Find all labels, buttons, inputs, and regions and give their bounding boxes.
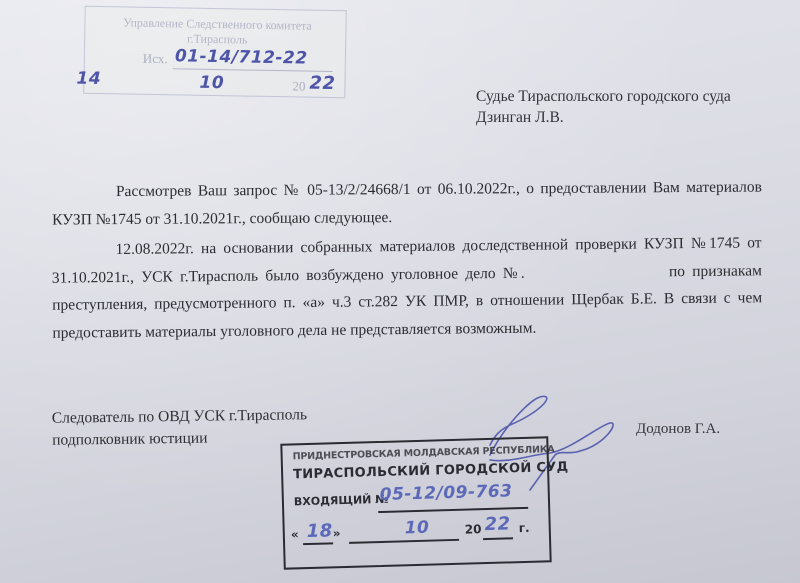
stamp-ref-number: 01-14/712-22 <box>175 46 308 68</box>
stamp-year: 22 <box>484 513 511 535</box>
stamp-ref-underline <box>173 68 333 72</box>
stamp-month: 10 <box>404 518 429 539</box>
signer-position-line-1: Следователь по ОВД УСК г.Тирасполь <box>52 404 307 430</box>
stamp-day: 18 <box>306 520 333 542</box>
signer-position-line-2: подполковник юстиции <box>52 426 307 452</box>
stamp-year-prefix: 20 <box>465 522 482 536</box>
outgoing-stamp: Управление Следственного комитета г.Тира… <box>83 6 346 99</box>
addressee-line-2: Дзинган Л.В. <box>476 107 731 128</box>
addressee-line-1: Судье Тираспольского городского суда <box>476 86 731 107</box>
stamp-day-underline <box>303 542 333 544</box>
stamp-organization: Управление Следственного комитета г.Тира… <box>97 15 337 49</box>
stamp-court-name: ТИРАСПОЛЬСКИЙ ГОРОДСКОЙ СУД <box>293 460 569 483</box>
signer-position: Следователь по ОВД УСК г.Тирасполь подпо… <box>52 404 308 452</box>
stamp-number-underline <box>378 507 528 513</box>
document-page: Управление Следственного комитета г.Тира… <box>0 0 800 583</box>
body-paragraph-1: Рассмотрев Ваш запрос № 05-13/2/24668/1 … <box>52 174 762 234</box>
stamp-day: 14 <box>76 69 101 89</box>
stamp-quote-close: » <box>333 526 341 540</box>
body-paragraph-2: 12.08.2022г. на основании собранных мате… <box>51 229 762 346</box>
stamp-republic: ПРИДНЕСТРОВСКАЯ МОЛДАВСКАЯ РЕСПУБЛИКА <box>293 444 555 462</box>
stamp-month-underline <box>349 539 459 544</box>
signer-name: Додонов Г.А. <box>636 421 720 438</box>
stamp-incoming-number: 05-12/09-763 <box>379 481 512 505</box>
stamp-month: 10 <box>199 73 224 93</box>
stamp-year: 22 <box>309 73 335 94</box>
stamp-year-underline <box>483 537 513 539</box>
incoming-court-stamp: ПРИДНЕСТРОВСКАЯ МОЛДАВСКАЯ РЕСПУБЛИКА ТИ… <box>280 436 551 569</box>
stamp-quote-open: « <box>291 527 299 541</box>
stamp-ref-label: Исх. <box>143 51 168 67</box>
addressee-block: Судье Тираспольского городского суда Дзи… <box>476 86 731 128</box>
stamp-year-prefix: 20 <box>292 78 305 94</box>
stamp-year-suffix: г. <box>519 521 530 535</box>
stamp-incoming-label: ВХОДЯЩИЙ № <box>294 493 389 509</box>
